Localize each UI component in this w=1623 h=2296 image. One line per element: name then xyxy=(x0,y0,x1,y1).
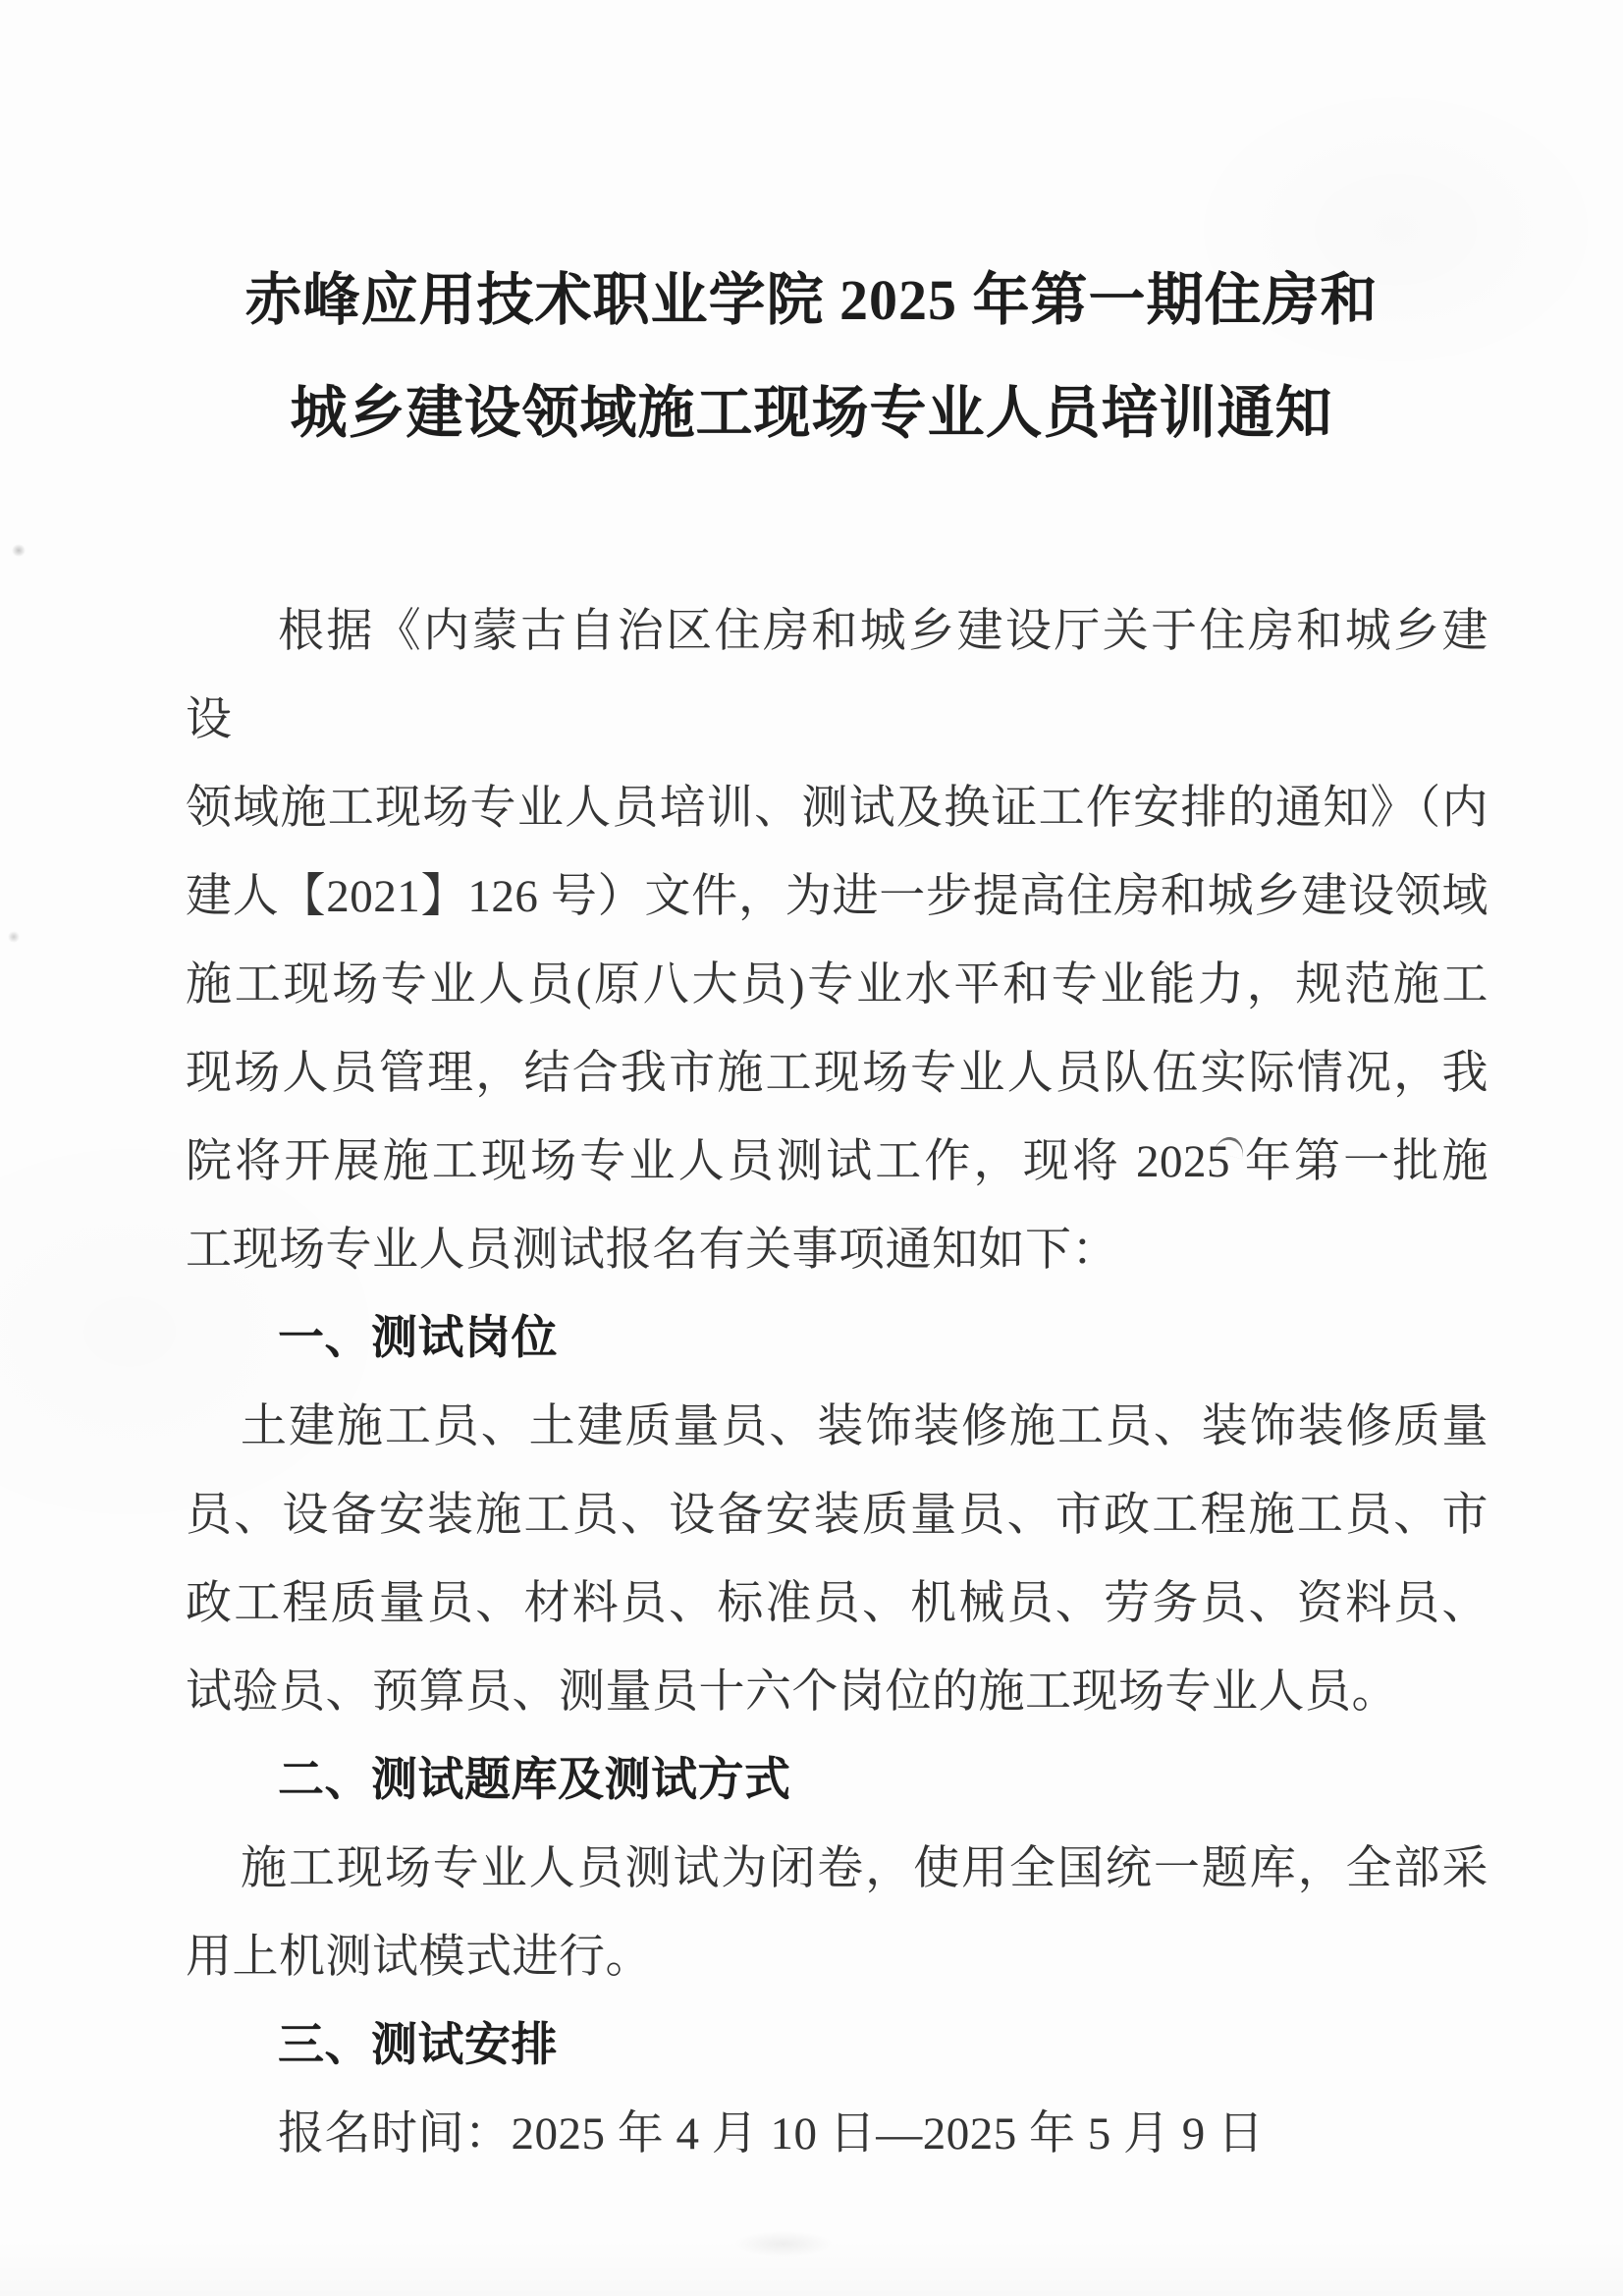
body-line: 用上机测试模式进行。 xyxy=(186,1913,1488,2001)
section-heading: 二、测试题库及测试方式 xyxy=(186,1736,1488,1825)
document-title-line-1: 赤峰应用技术职业学院 2025 年第一期住房和 xyxy=(69,244,1554,356)
body-line: 政工程质量员、材料员、标准员、机械员、劳务员、资料员、 xyxy=(186,1559,1488,1648)
body-line: 现场人员管理，结合我市施工现场专业人员队伍实际情况，我 xyxy=(186,1029,1488,1118)
body-line: 施工现场专业人员(原八大员)专业水平和专业能力，规范施工 xyxy=(186,941,1488,1029)
scan-artifact-smudge xyxy=(734,2231,833,2257)
document-title: 赤峰应用技术职业学院 2025 年第一期住房和 城乡建设领域施工现场专业人员培训… xyxy=(69,244,1554,469)
section-heading: 三、测试安排 xyxy=(186,2001,1488,2090)
body-line: 土建施工员、土建质量员、装饰装修施工员、装饰装修质量 xyxy=(186,1383,1488,1471)
document-body: 根据《内蒙古自治区住房和城乡建设厅关于住房和城乡建设领域施工现场专业人员培训、测… xyxy=(186,587,1488,2178)
body-line: 工现场专业人员测试报名有关事项通知如下： xyxy=(186,1206,1488,1294)
body-line: 员、设备安装施工员、设备安装质量员、市政工程施工员、市 xyxy=(186,1471,1488,1559)
body-line: 报名时间：2025 年 4 月 10 日—2025 年 5 月 9 日 xyxy=(186,2090,1488,2178)
document-title-line-2: 城乡建设领域施工现场专业人员培训通知 xyxy=(69,356,1554,469)
body-line: 院将开展施工现场专业人员测试工作，现将 2025 年第一批施 xyxy=(186,1118,1488,1206)
document-page: 赤峰应用技术职业学院 2025 年第一期住房和 城乡建设领域施工现场专业人员培训… xyxy=(0,0,1623,2296)
body-line: 施工现场专业人员测试为闭卷，使用全国统一题库，全部采 xyxy=(186,1825,1488,1913)
section-heading: 一、测试岗位 xyxy=(186,1294,1488,1383)
scan-artifact-dot xyxy=(12,544,26,557)
body-line: 领域施工现场专业人员培训、测试及换证工作安排的通知》（内 xyxy=(186,764,1488,852)
scan-artifact-dot xyxy=(8,931,20,943)
body-line: 建人【2021】126 号）文件，为进一步提高住房和城乡建设领域 xyxy=(186,852,1488,941)
body-line: 根据《内蒙古自治区住房和城乡建设厅关于住房和城乡建设 xyxy=(186,587,1488,764)
body-line: 试验员、预算员、测量员十六个岗位的施工现场专业人员。 xyxy=(186,1648,1488,1736)
